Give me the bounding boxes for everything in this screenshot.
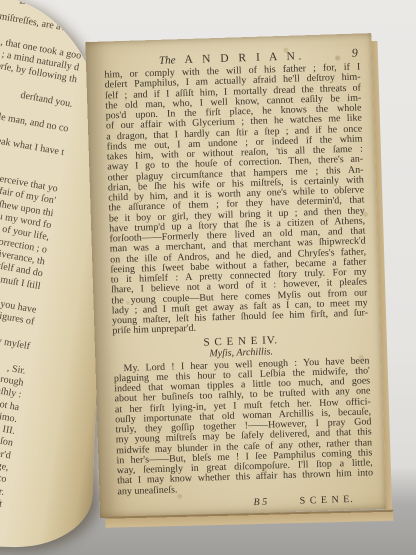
right-page: The A N D R I A N. 9 him, or comply with… [85, 33, 386, 518]
page-footer: B 5 S C E N E. [118, 493, 374, 513]
paragraph-mysis-speech: My. Lord ! I hear you well enough : You … [113, 356, 373, 497]
header-title: A N D R I A N. [184, 50, 305, 66]
page-number: 9 [352, 46, 358, 61]
signature-mark: B 5 [253, 496, 267, 507]
paragraph-davus-monologue: him, or comply with the will of his fath… [104, 63, 368, 337]
header-the: The [159, 54, 176, 67]
book-photo: D R I A N.eep miſtreſſes, are averſe tha… [0, 0, 416, 555]
left-page-text: D R I A N.eep miſtreſſes, are averſe tha… [0, 0, 90, 523]
catchword: S C E N E. [300, 494, 354, 507]
